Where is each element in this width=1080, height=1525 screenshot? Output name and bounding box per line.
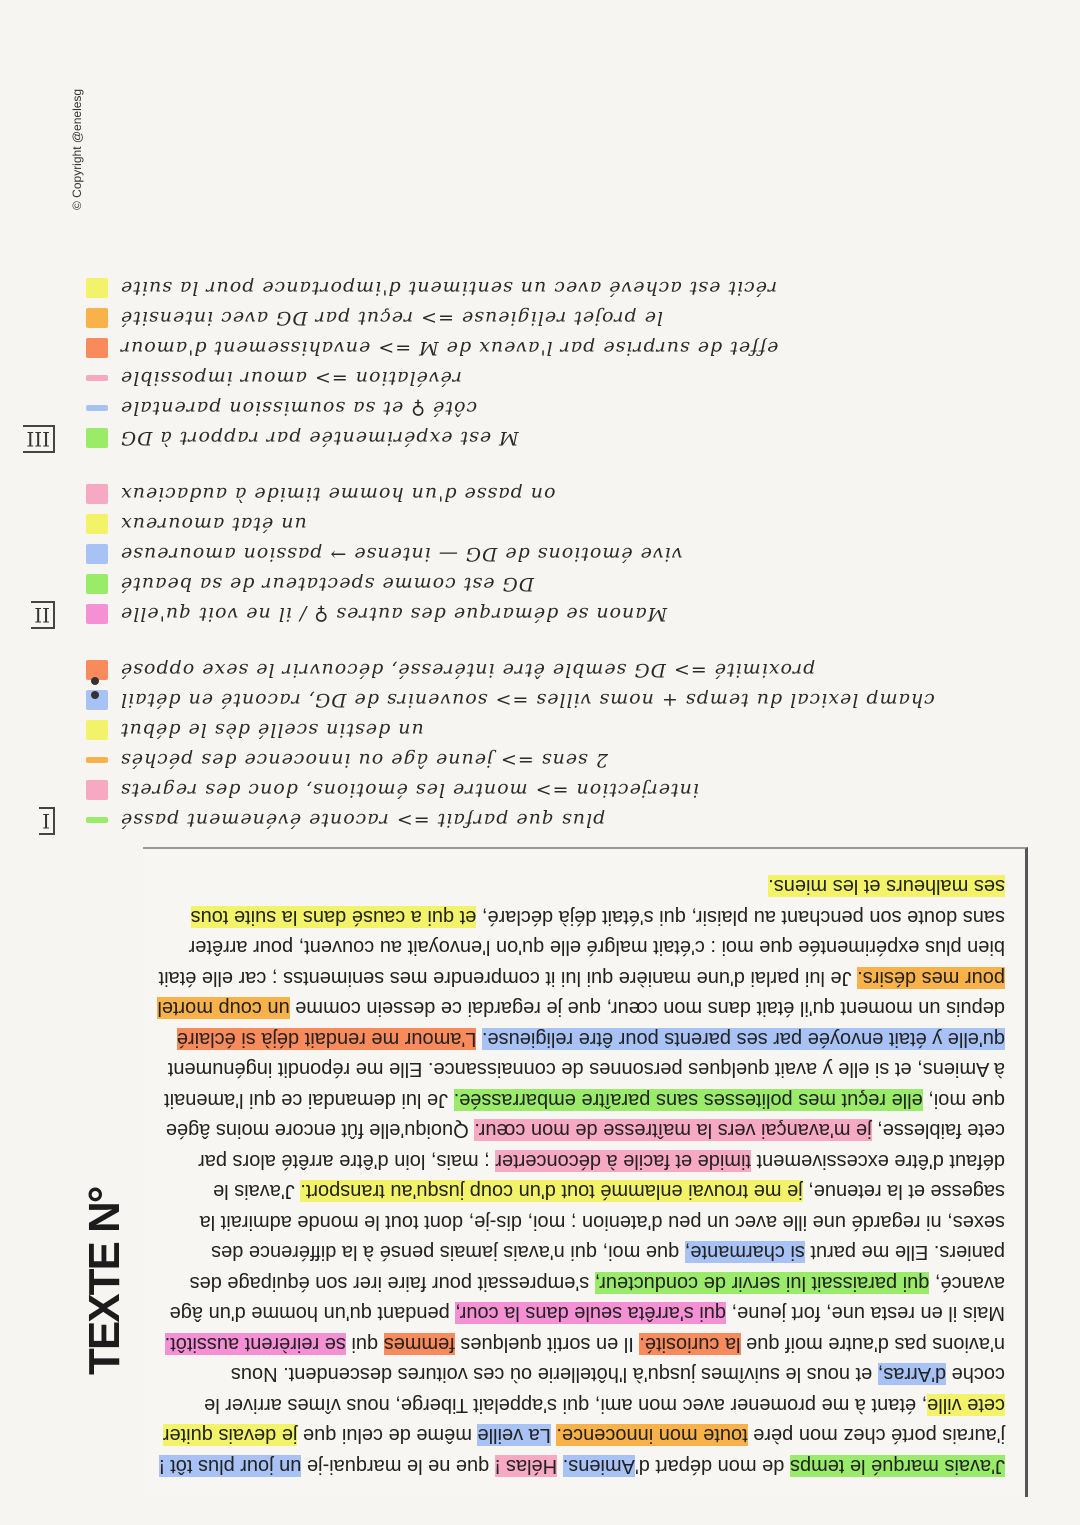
highlighted-phrase: marqué le temps — [790, 1455, 939, 1477]
highlighted-phrase: L'amour me rendait déjà si éclairé — [177, 1028, 477, 1050]
text-run: qui — [346, 1333, 384, 1355]
page-title: TEXTE N° — [80, 1315, 130, 1375]
notes-section-III: IIIM est expérimentée par rapport à DGcô… — [60, 273, 1060, 453]
highlighted-phrase: si charmante, — [685, 1242, 805, 1264]
note-item: interjection => montre les émotions, don… — [60, 775, 1078, 805]
color-key-swatch-icon — [86, 757, 108, 763]
highlighted-phrase: qui s'arrêta seule dans la cour, — [455, 1303, 726, 1325]
section-label: I — [39, 807, 55, 835]
note-text: plus que parfait => raconte événement pa… — [120, 809, 605, 831]
note-text: révélation => amour impossible — [120, 367, 462, 389]
note-text: DG est comme spectateur de sa beauté — [120, 573, 534, 595]
note-text: un état amoureux — [120, 513, 307, 535]
text-run: que ne le marquai-je — [301, 1455, 494, 1477]
color-key-swatch-icon — [86, 780, 108, 800]
copyright-notice: © Copyright @enelesg — [70, 89, 84, 210]
note-item: on passe d'un homme timide à audacieux — [60, 479, 1078, 509]
color-key-swatch-icon — [86, 338, 108, 358]
highlighted-phrase: je me trouvai enlammé tout d'un coup jus… — [300, 1181, 802, 1203]
text-run: même de celui que — [297, 1425, 477, 1447]
note-item: proximité => DG semble être intéressé, d… — [60, 655, 1078, 685]
notes-section-I: Iplus que parfait => raconte événement p… — [60, 655, 1060, 835]
highlighted-phrase: qu'elle y était envoyée par ses parents … — [482, 1028, 1005, 1050]
color-key-swatch-icon — [86, 484, 108, 504]
excerpt-paragraph: J'avais marqué le temps de mon départ d'… — [155, 871, 1005, 1481]
note-item: côté ♀ et sa soumission parentale — [60, 393, 1078, 423]
note-text: 2 sens => jeune âge ou innocence des péc… — [120, 749, 608, 771]
document-sheet: J'avais marqué le temps de mon départ d'… — [0, 0, 1080, 1525]
highlighted-phrase: qui paraissait lui servir de conducteur, — [595, 1272, 930, 1294]
note-text: on passe d'un homme timide à audacieux — [120, 483, 555, 505]
text-run: depuis un moment qu'il était dans mon cœ… — [290, 998, 1005, 1020]
note-item: un état amoureux — [60, 509, 1078, 539]
highlighted-phrase: un jour plus tôt ! — [159, 1455, 301, 1477]
color-key-swatch-icon — [86, 375, 108, 381]
text-run: Mais il en resta une, fort jeune, — [726, 1303, 1005, 1325]
note-text: récit est achevé avec un sentiment d'imp… — [120, 277, 777, 299]
title-colon-icon — [85, 665, 105, 705]
highlighted-phrase: toute mon innocence. — [556, 1425, 747, 1447]
note-item: effet de surprise par l'aveux de M => en… — [60, 333, 1078, 363]
highlighted-phrase: d'Arras, — [878, 1364, 946, 1386]
note-item: un destin scellé dès le début — [60, 715, 1078, 745]
note-text: effet de surprise par l'aveux de M => en… — [120, 337, 778, 359]
text-run: Il en sortit quelques — [455, 1333, 640, 1355]
color-key-swatch-icon — [86, 308, 108, 328]
section-label: II — [31, 601, 55, 629]
color-key-swatch-icon — [86, 428, 108, 448]
highlighted-phrase: elle reçut mes politesses sans paraître … — [454, 1089, 923, 1111]
note-text: côté ♀ et sa soumission parentale — [120, 397, 477, 419]
highlighted-phrase: Amiens. — [563, 1455, 635, 1477]
note-item: vive émotions de DG — intense → passion … — [60, 539, 1078, 569]
highlighted-phrase: timide et facile à déconcerter — [495, 1150, 751, 1172]
color-key-swatch-icon — [86, 405, 108, 411]
note-item: 2 sens => jeune âge ou innocence des péc… — [60, 745, 1078, 775]
note-item: plus que parfait => raconte événement pa… — [60, 805, 1078, 835]
note-text: M est expérimentée par rapport à DG — [120, 427, 519, 449]
note-item: le projet religieuse => reçut par DG ave… — [60, 303, 1078, 333]
note-text: interjection => montre les émotions, don… — [120, 779, 699, 801]
highlighted-phrase: se reirèrent aussitôt. — [165, 1333, 346, 1355]
text-run: de mon départ d' — [635, 1455, 790, 1477]
highlighted-phrase: La veille — [478, 1425, 551, 1447]
note-item: DG est comme spectateur de sa beauté — [60, 569, 1078, 599]
color-key-swatch-icon — [86, 720, 108, 740]
color-key-swatch-icon — [86, 574, 108, 594]
color-key-swatch-icon — [86, 278, 108, 298]
color-key-swatch-icon — [86, 514, 108, 534]
text-run — [476, 1028, 482, 1050]
text-run — [551, 1425, 557, 1447]
highlighted-phrase: J'avais — [939, 1455, 1005, 1477]
note-text: proximité => DG semble être intéressé, d… — [120, 659, 815, 681]
note-text: champ lexical du temps + noms villes => … — [120, 689, 935, 711]
section-label: III — [23, 425, 55, 453]
color-key-swatch-icon — [86, 604, 108, 624]
highlighted-phrase: femmes — [384, 1333, 455, 1355]
printed-excerpt: J'avais marqué le temps de mon départ d'… — [143, 847, 1028, 1497]
handwritten-notes: Iplus que parfait => raconte événement p… — [60, 247, 1060, 835]
note-text: Manon se démarque des autres ♀ / il ne v… — [120, 603, 667, 625]
note-item: M est expérimentée par rapport à DG — [60, 423, 1078, 453]
text-run — [557, 1455, 563, 1477]
color-key-swatch-icon — [86, 817, 108, 823]
color-key-swatch-icon — [86, 544, 108, 564]
note-item: champ lexical du temps + noms villes => … — [60, 685, 1078, 715]
notes-section-II: IIManon se démarque des autres ♀ / il ne… — [60, 479, 1060, 629]
highlighted-phrase: la curiosité. — [639, 1333, 740, 1355]
highlighted-phrase: Hélas ! — [495, 1455, 557, 1477]
highlighted-phrase: je m'avançai vers la maîtresse de mon cœ… — [474, 1120, 871, 1142]
text-run: j'aurais porté chez mon père — [748, 1425, 1005, 1447]
note-text: un destin scellé dès le début — [120, 719, 424, 741]
note-item: révélation => amour impossible — [60, 363, 1078, 393]
note-item: récit est achevé avec un sentiment d'imp… — [60, 273, 1078, 303]
note-text: le projet religieuse => reçut par DG ave… — [120, 307, 663, 329]
note-text: vive émotions de DG — intense → passion … — [120, 543, 682, 565]
note-item: Manon se démarque des autres ♀ / il ne v… — [60, 599, 1078, 629]
